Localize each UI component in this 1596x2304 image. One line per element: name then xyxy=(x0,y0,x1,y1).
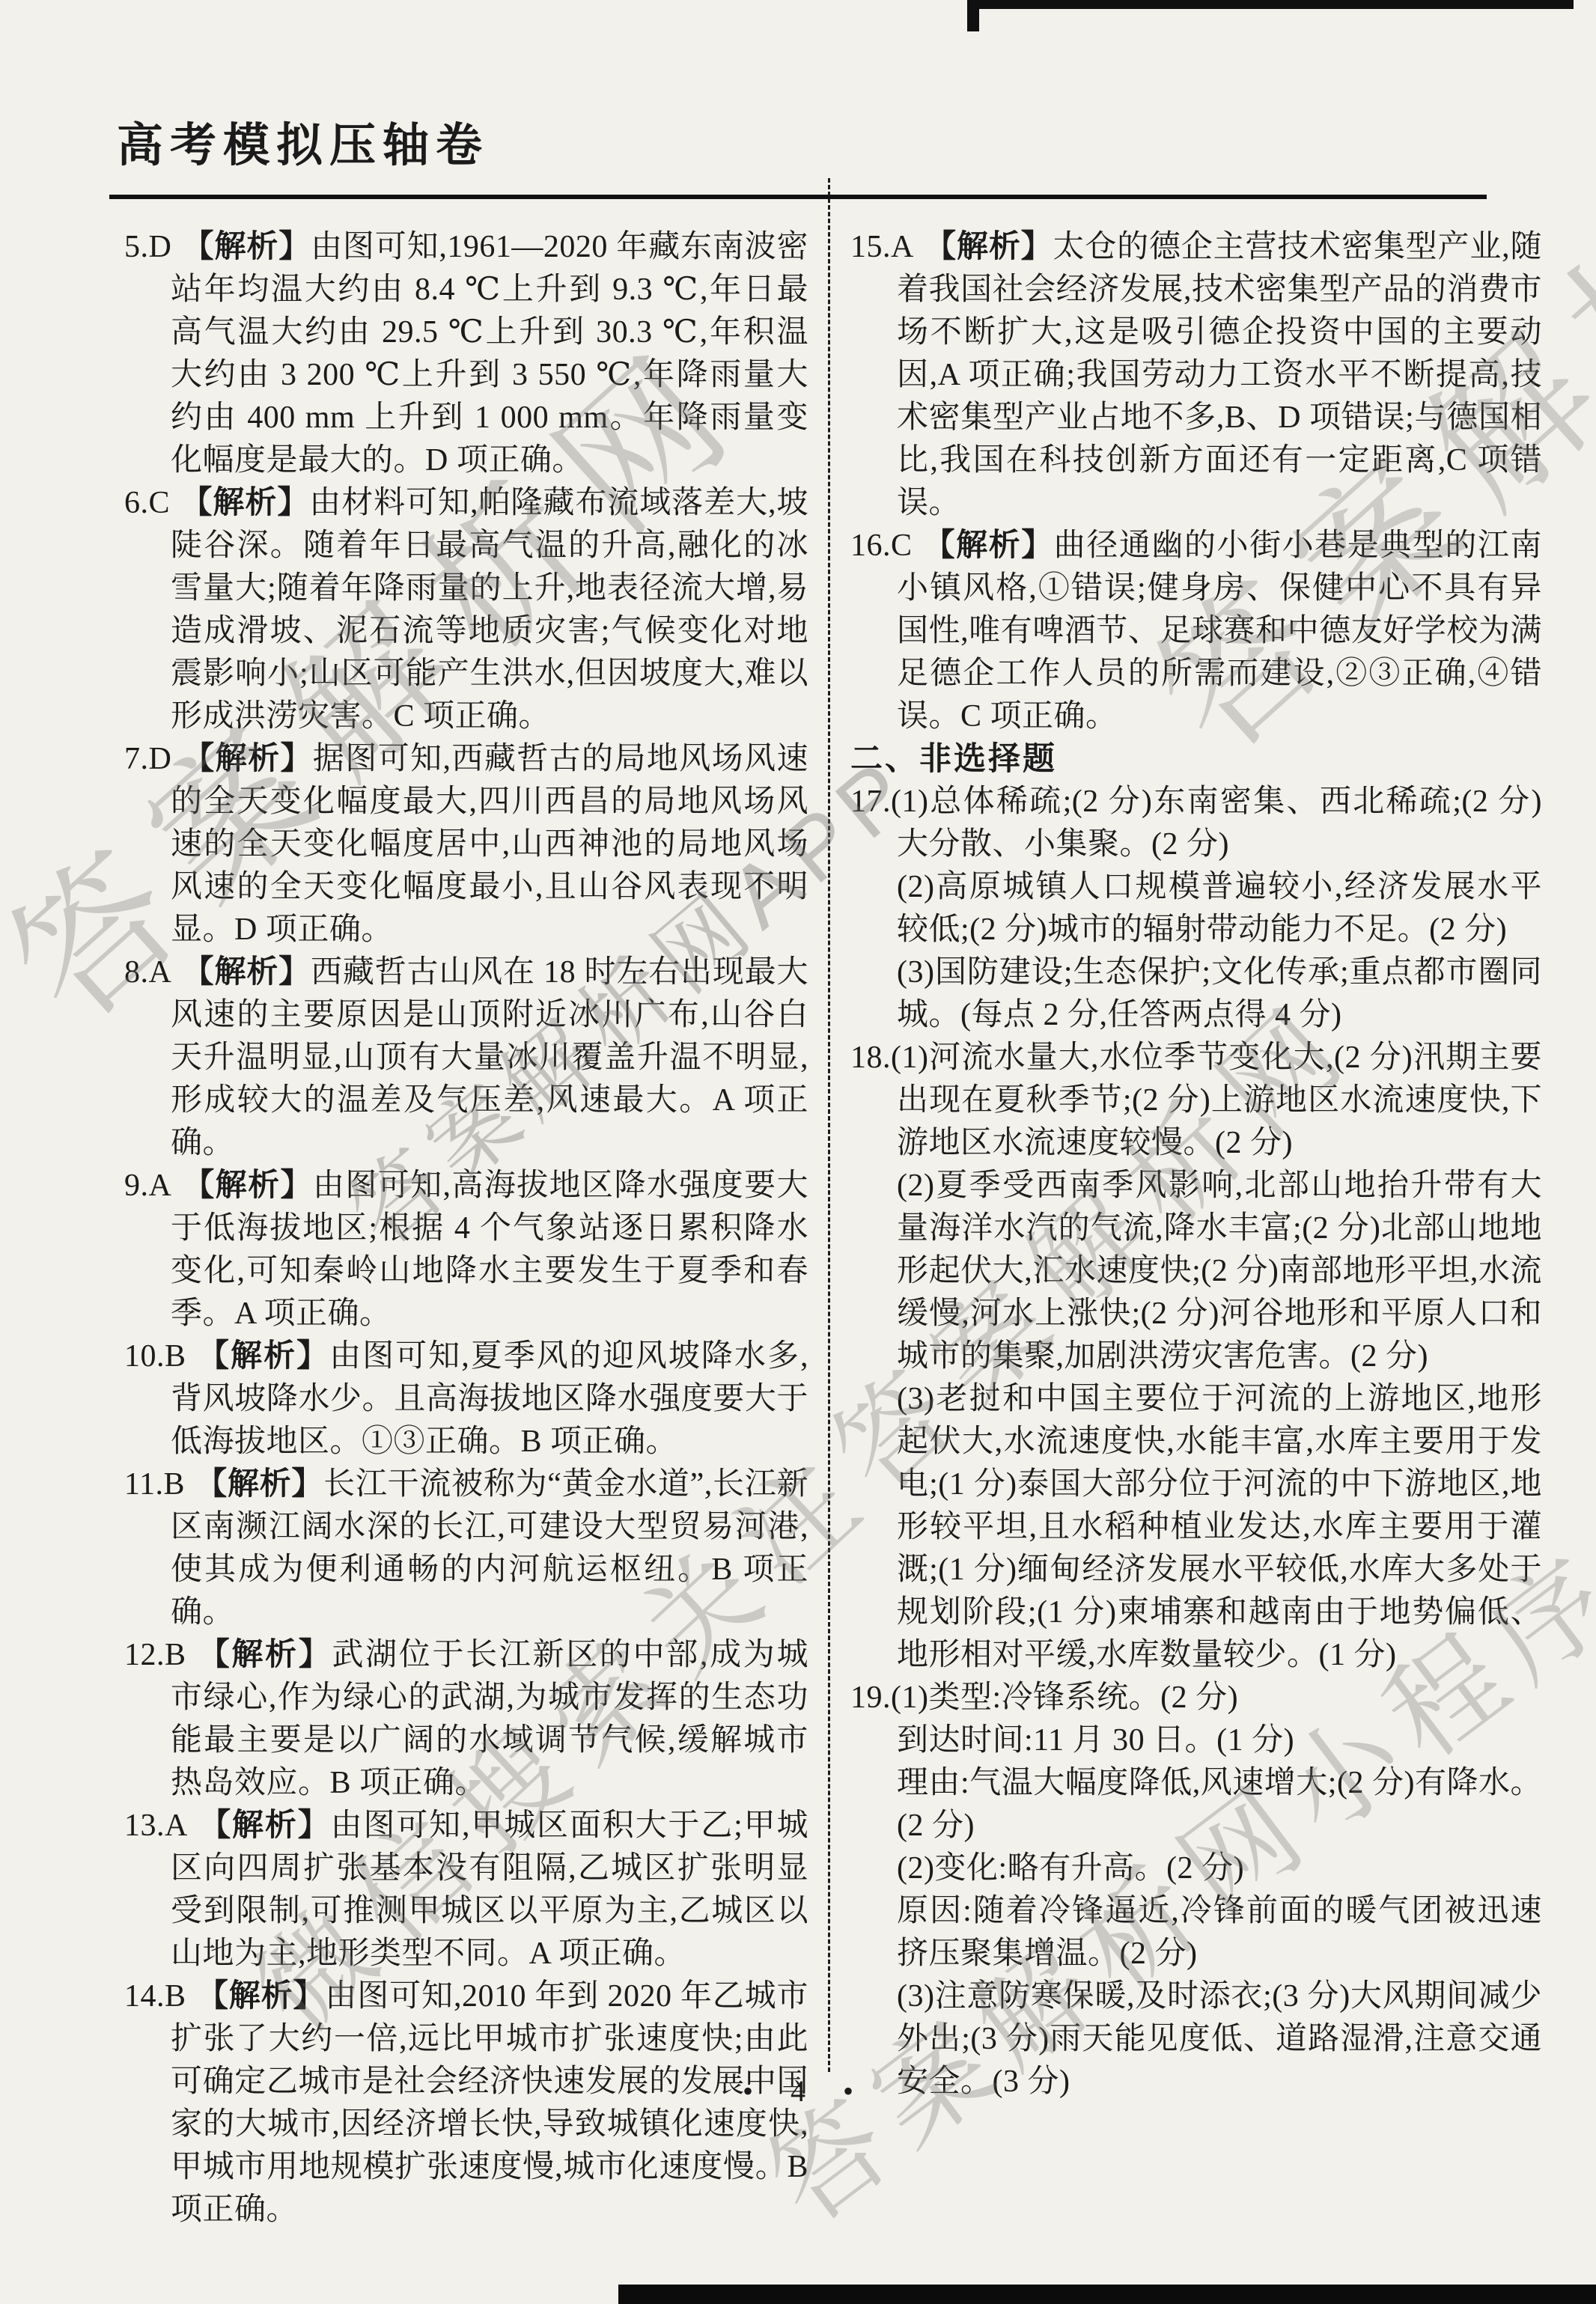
answer-paragraph: 17.(1)总体稀疏;(2 分)东南密集、西北稀疏;(2 分)大分散、小集聚。(… xyxy=(897,781,1542,866)
item-text: 由图可知,1961—2020 年藏东南波密站年均温大约由 8.4 ℃上升到 9.… xyxy=(171,230,808,478)
item-number: 15.A xyxy=(850,230,914,264)
answer-item: 5.D【解析】由图可知,1961—2020 年藏东南波密站年均温大约由 8.4 … xyxy=(124,226,808,482)
left-column: 5.D【解析】由图可知,1961—2020 年藏东南波密站年均温大约由 8.4 … xyxy=(124,226,808,2231)
answer-item: 12.B【解析】武湖位于长江新区的中部,成为城市绿心,作为绿心的武湖,为城市发挥… xyxy=(124,1634,808,1805)
answer-paragraph: (3)国防建设;生态保护;文化传承;重点都市圈同城。(每点 2 分,任答两点得 … xyxy=(897,951,1542,1037)
answer-item: 9.A【解析】由图可知,高海拔地区降水强度要大于低海拔地区;根据 4 个气象站逐… xyxy=(124,1165,808,1335)
item-number: 11.B xyxy=(124,1467,185,1502)
item-number: 7.D xyxy=(124,742,171,776)
item-number: 12.B xyxy=(124,1638,186,1672)
paragraph-text: (2)高原城镇人口规模普遍较小,经济发展水平较低;(2 分)城市的辐射带动能力不… xyxy=(897,870,1542,947)
item-number: 14.B xyxy=(124,1979,186,2014)
item-number: 8.A xyxy=(124,955,171,990)
analysis-tag: 【解析】 xyxy=(182,1168,313,1203)
item-number: 9.A xyxy=(124,1168,171,1203)
right-column: 15.A【解析】太仓的德企主营技术密集型产业,随着我国社会经济发展,技术密集型产… xyxy=(850,226,1542,2103)
paragraph-text: (2)夏季受西南季风影响,北部山地抬升带有大量海洋水汽的气流,降水丰富;(2 分… xyxy=(897,1168,1542,1374)
column-divider xyxy=(828,178,830,2072)
paragraph-text: (3)老挝和中国主要位于河流的上游地区,地形起伏大,水流速度快,水能丰富,水库主… xyxy=(897,1382,1542,1672)
analysis-tag: 【解析】 xyxy=(923,528,1054,563)
item-text: 由材料可知,帕隆藏布流域落差大,坡陡谷深。随着年日最高气温的升高,融化的冰雪量大… xyxy=(171,486,808,734)
answer-item: 6.C【解析】由材料可知,帕隆藏布流域落差大,坡陡谷深。随着年日最高气温的升高,… xyxy=(124,482,808,738)
paragraph-text: (3)国防建设;生态保护;文化传承;重点都市圈同城。(每点 2 分,任答两点得 … xyxy=(897,955,1542,1032)
answer-item: 10.B【解析】由图可知,夏季风的迎风坡降水多,背风坡降水少。且高海拔地区降水强… xyxy=(124,1335,808,1463)
answer-paragraph: 19.(1)类型:冷锋系统。(2 分) xyxy=(897,1677,1542,1719)
paragraph-text: (2)变化:略有升高。(2 分) xyxy=(897,1851,1244,1886)
paragraph-text: (1)总体稀疏;(2 分)东南密集、西北稀疏;(2 分)大分散、小集聚。(2 分… xyxy=(891,784,1542,862)
paragraph-text: 原因:随着冷锋逼近,冷锋前面的暖气团被迅速挤压聚集增温。(2 分) xyxy=(897,1894,1542,1971)
answer-paragraph: (2)变化:略有升高。(2 分) xyxy=(897,1847,1542,1890)
analysis-tag: 【解析】 xyxy=(182,230,311,264)
analysis-tag: 【解析】 xyxy=(925,230,1053,264)
paragraph-text: 理由:气温大幅度降低,风速增大;(2 分)有降水。(2 分) xyxy=(897,1766,1542,1843)
section-header: 二、非选择题 xyxy=(850,738,1542,781)
answer-paragraph: 18.(1)河流水量大,水位季节变化大,(2 分)汛期主要出现在夏秋季节;(2 … xyxy=(897,1037,1542,1165)
answer-item: 7.D【解析】据图可知,西藏哲古的局地风场风速的全天变化幅度最大,四川西昌的局地… xyxy=(124,738,808,951)
item-number: 10.B xyxy=(124,1339,186,1374)
page-number: • 4 • xyxy=(0,2073,1596,2109)
answer-paragraph: 到达时间:11 月 30 日。(1 分) xyxy=(897,1719,1542,1762)
answer-item: 13.A【解析】由图可知,甲城区面积大于乙;甲城区向四周扩张基本没有阻隔,乙城区… xyxy=(124,1805,808,1975)
analysis-tag: 【解析】 xyxy=(197,1979,326,2014)
scanned-answer-page: 高考模拟压轴卷 5.D【解析】由图可知,1961—2020 年藏东南波密站年均温… xyxy=(0,0,1596,2304)
item-number: 5.D xyxy=(124,230,171,264)
analysis-tag: 【解析】 xyxy=(182,742,313,776)
answer-item: 16.C【解析】曲径通幽的小街小巷是典型的江南小镇风格,①错误;健身房、保健中心… xyxy=(850,525,1542,738)
answer-paragraph: 原因:随着冷锋逼近,冷锋前面的暖气团被迅速挤压聚集增温。(2 分) xyxy=(897,1890,1542,1975)
analysis-tag: 【解析】 xyxy=(182,955,311,990)
analysis-tag: 【解析】 xyxy=(180,486,309,520)
paragraph-text: 到达时间:11 月 30 日。(1 分) xyxy=(897,1723,1294,1758)
answer-paragraph: (3)老挝和中国主要位于河流的上游地区,地形起伏大,水流速度快,水能丰富,水库主… xyxy=(897,1378,1542,1677)
answer-item: 18.(1)河流水量大,水位季节变化大,(2 分)汛期主要出现在夏秋季节;(2 … xyxy=(850,1037,1542,1677)
analysis-tag: 【解析】 xyxy=(195,1467,323,1502)
item-number: 6.C xyxy=(124,486,170,520)
item-text: 太仓的德企主营技术密集型产业,随着我国社会经济发展,技术密集型产品的消费市场不断… xyxy=(897,230,1542,520)
answer-item: 17.(1)总体稀疏;(2 分)东南密集、西北稀疏;(2 分)大分散、小集聚。(… xyxy=(850,781,1542,1037)
header-rule xyxy=(109,195,1487,199)
answer-paragraph: 理由:气温大幅度降低,风速增大;(2 分)有降水。(2 分) xyxy=(897,1762,1542,1847)
item-number: 17. xyxy=(850,784,891,819)
answer-paragraph: (2)夏季受西南季风影响,北部山地抬升带有大量海洋水汽的气流,降水丰富;(2 分… xyxy=(897,1165,1542,1378)
answer-item: 19.(1)类型:冷锋系统。(2 分)到达时间:11 月 30 日。(1 分)理… xyxy=(850,1677,1542,2103)
analysis-tag: 【解析】 xyxy=(197,1339,330,1374)
paragraph-text: (1)河流水量大,水位季节变化大,(2 分)汛期主要出现在夏秋季节;(2 分)上… xyxy=(891,1040,1542,1160)
item-number: 13.A xyxy=(124,1808,188,1843)
answer-item: 15.A【解析】太仓的德企主营技术密集型产业,随着我国社会经济发展,技术密集型产… xyxy=(850,226,1542,525)
paragraph-text: (1)类型:冷锋系统。(2 分) xyxy=(891,1680,1238,1715)
item-number: 16.C xyxy=(850,528,913,563)
scan-edge-band-top xyxy=(967,0,1574,9)
answer-paragraph: (2)高原城镇人口规模普遍较小,经济发展水平较低;(2 分)城市的辐射带动能力不… xyxy=(897,866,1542,951)
scan-edge-corner xyxy=(967,0,979,31)
analysis-tag: 【解析】 xyxy=(198,1808,331,1843)
item-number: 19. xyxy=(850,1680,891,1715)
scan-edge-band-bottom xyxy=(618,2285,1596,2304)
page-title: 高考模拟压轴卷 xyxy=(117,108,489,174)
analysis-tag: 【解析】 xyxy=(197,1638,332,1672)
answer-item: 8.A【解析】西藏哲古山风在 18 时左右出现最大风速的主要原因是山顶附近冰川广… xyxy=(124,951,808,1165)
answer-item: 11.B【解析】长江干流被称为“黄金水道”,长江新区南濒江阔水深的长江,可建设大… xyxy=(124,1463,808,1634)
item-number: 18. xyxy=(850,1040,891,1075)
